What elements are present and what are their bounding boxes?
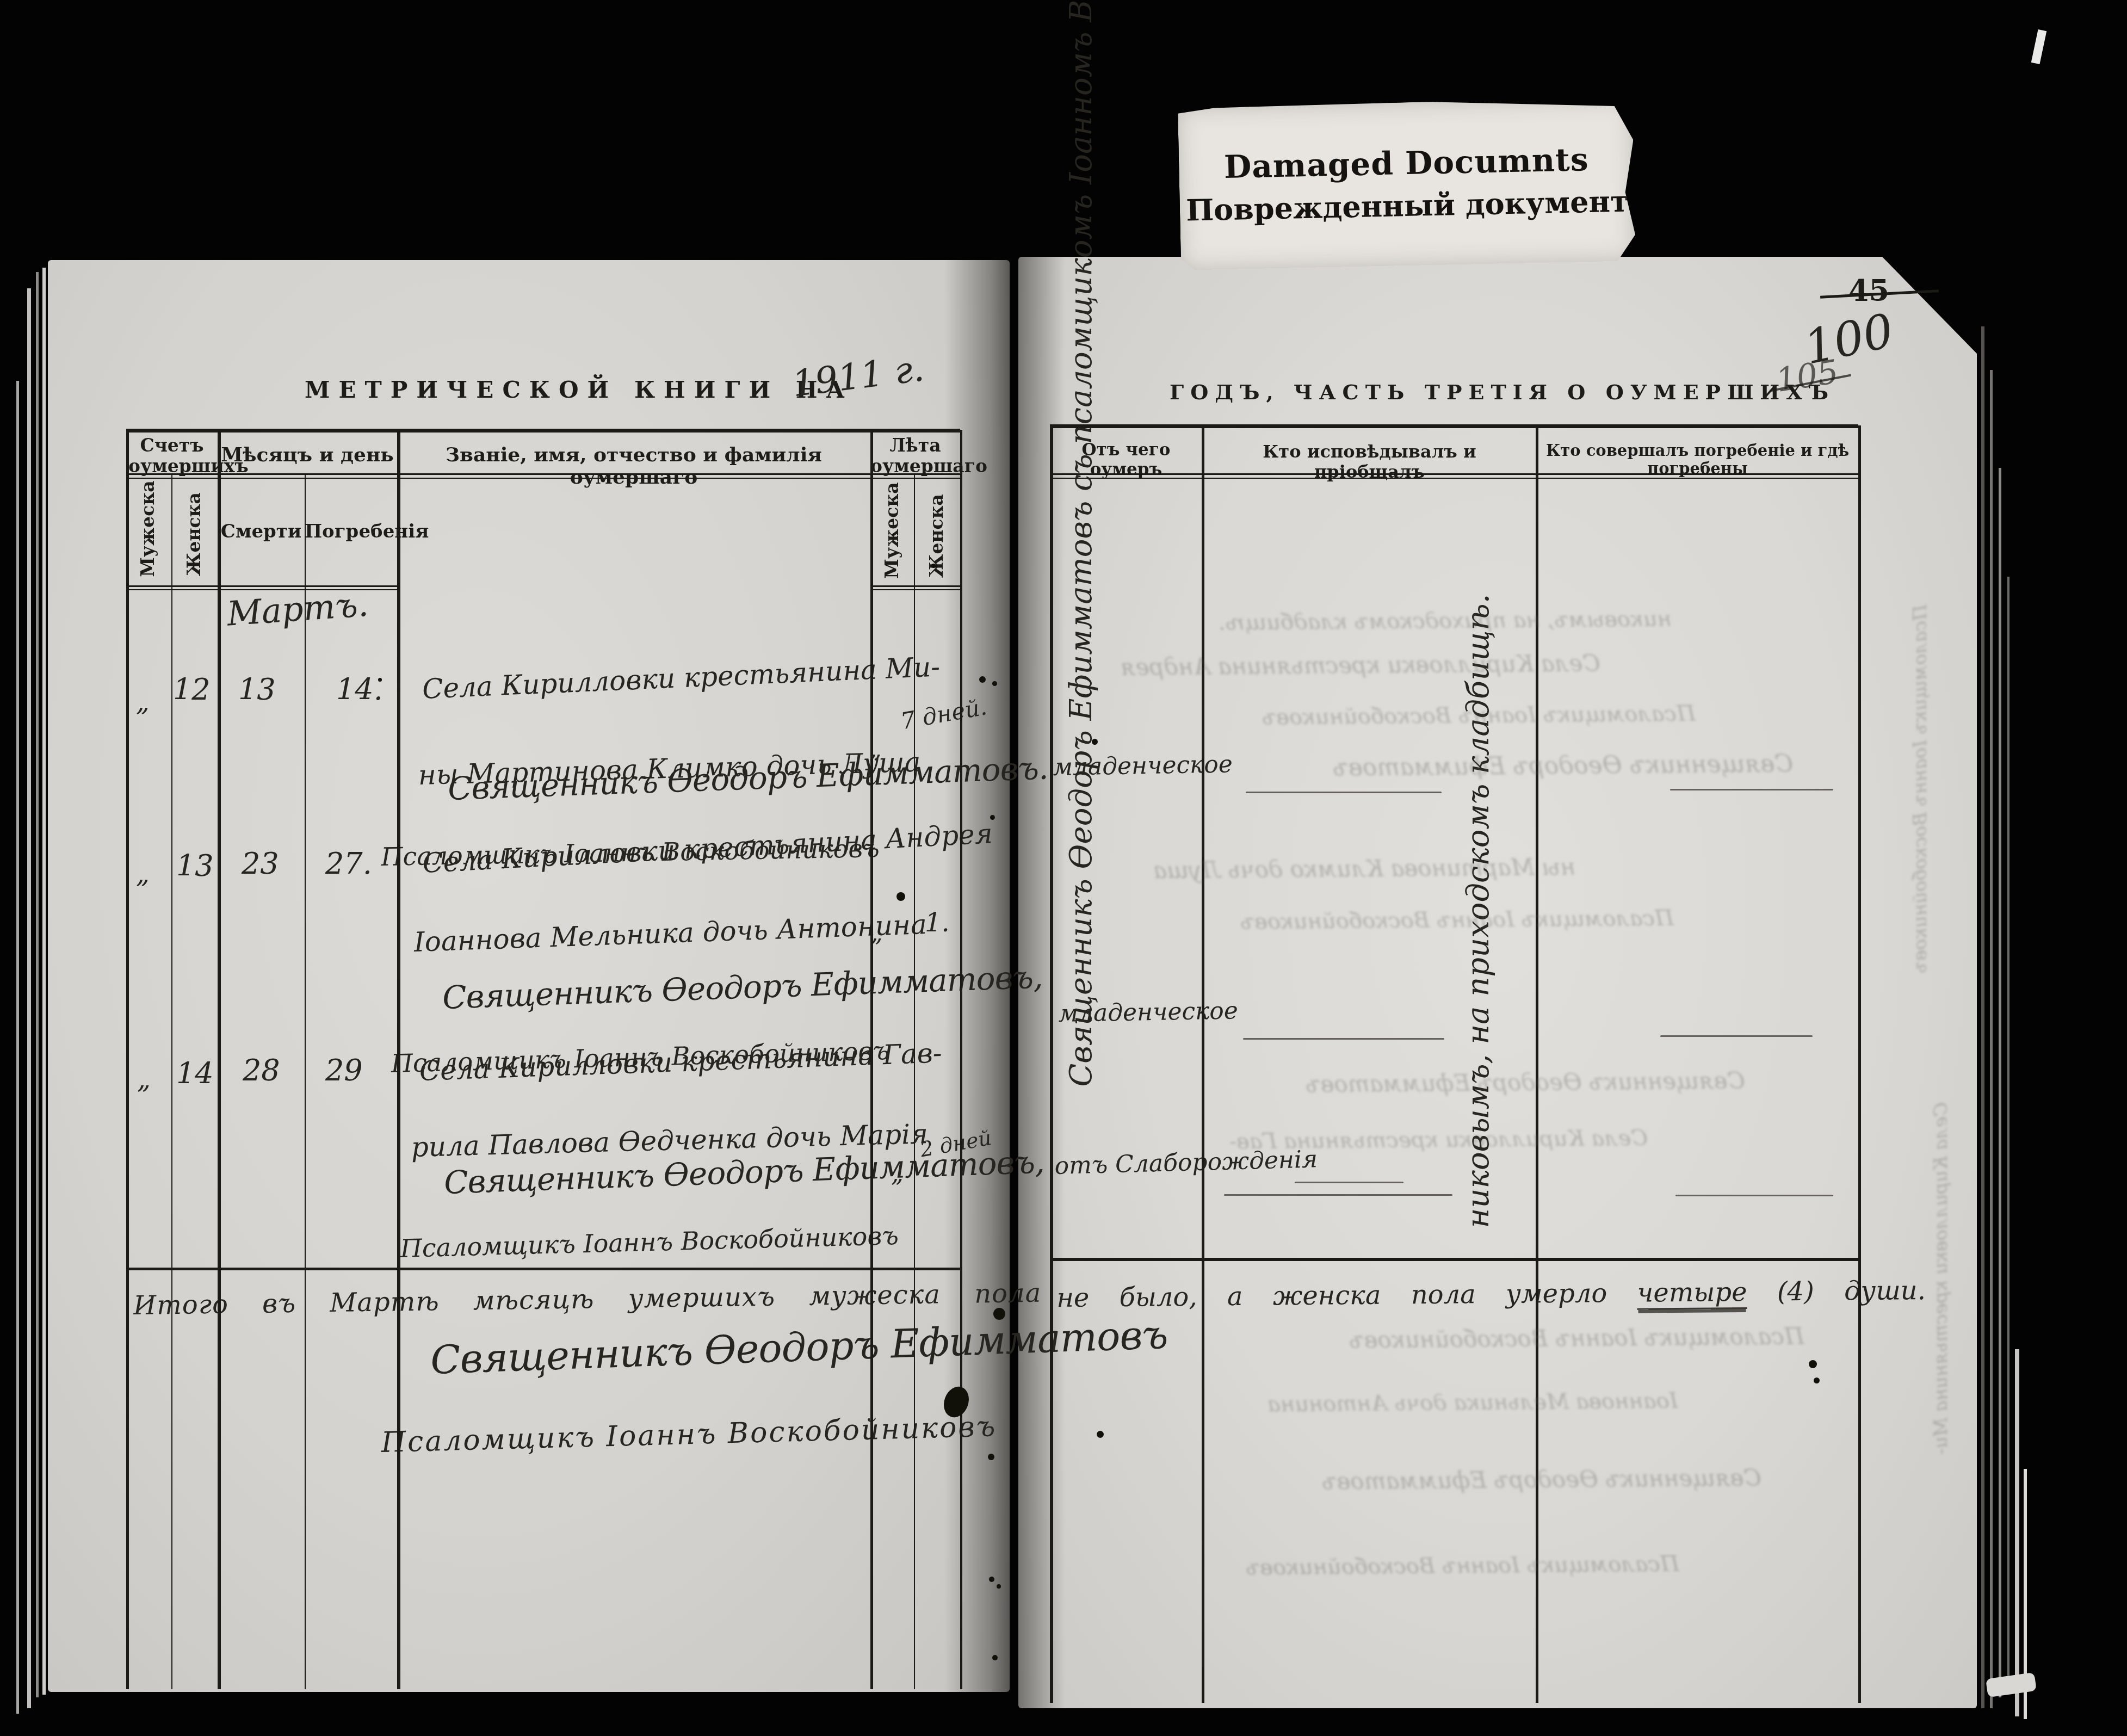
damaged-label: Damaged Documnts Поврежденный документ xyxy=(1178,97,1636,270)
column-header-death: Смерти xyxy=(218,521,305,542)
page-number-printed: 45 xyxy=(1848,273,1889,308)
count-female-cell: 14 xyxy=(176,1057,214,1091)
summary-underlined-word: четыре xyxy=(1637,1277,1747,1310)
death-day-cell: 23 xyxy=(242,847,279,881)
table-rule-horizontal xyxy=(126,589,397,590)
table-rule-horizontal xyxy=(1050,478,1858,479)
ink-blot xyxy=(1092,739,1098,745)
ink-blot xyxy=(993,1308,1005,1320)
death-day-cell: 28 xyxy=(243,1053,280,1088)
column-header-name: Званіе, имя, отчество и фамилія оумершаг… xyxy=(403,444,865,489)
table-rule-horizontal xyxy=(1050,1258,1858,1261)
table-rule-vertical xyxy=(397,430,400,1689)
ink-blot xyxy=(896,892,905,901)
ink-blot xyxy=(1814,1377,1820,1383)
ink-blot xyxy=(997,1584,1001,1589)
table-rule-vertical xyxy=(218,430,221,1689)
ink-blot xyxy=(979,676,986,683)
bleed-through-text: Псаломщикъ Іоаннъ Воскобойниковъ xyxy=(1240,906,1674,935)
column-header-confession: Кто исповѣдывалъ и пріобщалъ xyxy=(1213,442,1526,482)
ink-dash xyxy=(1243,1038,1444,1040)
bleed-through-text: Псаломщикъ Іоаннъ Воскобойниковъ xyxy=(1349,1323,1804,1353)
table-rule-horizontal xyxy=(870,585,960,587)
ink-dash xyxy=(1295,1182,1403,1183)
ink-dash xyxy=(1224,1194,1452,1196)
page-edge-sliver xyxy=(27,288,31,1708)
table-rule-horizontal xyxy=(126,585,397,587)
count-male-cell: „ xyxy=(137,1064,151,1095)
bleed-through-text: Села Кирилловки крестьянина Гав- xyxy=(1229,1126,1648,1154)
page-edge-sliver xyxy=(2015,1349,2019,1716)
burial-note-line1: Священникъ Ѳеодоръ Ефимматовъ съ псаломщ… xyxy=(1063,0,1099,1087)
ink-dash xyxy=(1675,1195,1833,1196)
column-header-burial: Погребенія xyxy=(305,521,397,542)
ink-dash xyxy=(1246,792,1442,793)
count-female-cell: 12 xyxy=(173,672,211,707)
table-rule-horizontal xyxy=(1050,473,1858,475)
table-rule-vertical xyxy=(126,430,129,1689)
age-female-cell: 1. xyxy=(925,907,950,938)
ink-dash xyxy=(1660,1035,1813,1037)
bleed-through-text: Псаломщикъ Іоаннъ Воскобойниковъ xyxy=(1262,701,1696,730)
ink-blot xyxy=(990,815,995,820)
label-title-ru: Поврежденный документ xyxy=(1179,183,1635,227)
ink-blot xyxy=(992,681,997,686)
table-rule-vertical xyxy=(1202,425,1204,1703)
label-title-en: Damaged Documnts xyxy=(1179,140,1634,186)
right-page-header: ГОДЪ, ЧАСТЬ ТРЕТІЯ О ОУМЕРШИХЪ xyxy=(1170,380,1779,404)
bleed-through-text: Священникъ Ѳеодоръ Ефимматовъ xyxy=(1322,1464,1761,1494)
ink-blot xyxy=(1097,1431,1104,1438)
ink-blot xyxy=(992,1655,998,1660)
column-header-age-group: Лѣта оумершаго xyxy=(870,435,960,477)
burial-day-cell: 14. xyxy=(336,672,383,707)
burial-day-cell: 29 xyxy=(325,1053,363,1088)
table-rule-vertical xyxy=(305,474,306,1689)
table-rule-vertical xyxy=(914,474,915,1689)
ink-dash xyxy=(1670,789,1833,790)
bleed-through-text: ны Мартинова Климко дочь Луша xyxy=(1153,854,1576,884)
column-header-month-group: Мѣсяцъ и день xyxy=(218,444,397,466)
table-rule-horizontal xyxy=(126,1268,960,1270)
death-day-cell: 13 xyxy=(238,672,276,707)
table-rule-horizontal xyxy=(870,589,960,590)
ink-blot xyxy=(988,1454,994,1460)
count-female-cell: 13 xyxy=(176,849,214,883)
ink-blot xyxy=(931,564,936,568)
scanned-register-spread: Damaged Documnts Поврежденный документ 4… xyxy=(0,0,2127,1736)
bleed-through-text: Священникъ Ѳеодоръ Ефимматовъ xyxy=(1306,1067,1745,1097)
bleed-through-text: Села Кирилловки крестьянина Ми- xyxy=(1930,1102,1952,1455)
table-rule-vertical xyxy=(1050,425,1053,1703)
table-rule-vertical xyxy=(870,430,873,1689)
table-rule-vertical xyxy=(1858,425,1861,1703)
bleed-through-text: Іоаннова Мельника дочь Антонина xyxy=(1267,1388,1678,1417)
ink-blot xyxy=(1809,1360,1817,1368)
burial-day-cell: 27. xyxy=(325,847,372,881)
table-rule-horizontal xyxy=(126,473,960,475)
page-edge-sliver xyxy=(2007,577,2009,1676)
column-header-count-male: Мужеска xyxy=(138,480,158,577)
column-header-count-group: Счетъ оумершихъ xyxy=(128,435,215,477)
bleed-through-text: никовымъ, на приходскомъ кладбищѣ. xyxy=(1219,606,1672,635)
column-header-count-female: Женска xyxy=(184,492,205,576)
bleed-through-text: Священникъ Ѳеодоръ Ефимматовъ xyxy=(1333,750,1793,781)
column-header-age-female: Женска xyxy=(926,494,947,578)
count-male-cell: „ xyxy=(136,858,150,889)
page-edge-sliver xyxy=(2031,29,2047,64)
ink-blot xyxy=(378,678,382,682)
page-edge-sliver xyxy=(1986,1672,2037,1697)
table-rule-horizontal xyxy=(126,429,960,433)
column-header-age-male: Мужеска xyxy=(882,482,902,578)
page-edge-sliver xyxy=(1999,468,2001,1697)
summary-right-part2: (4) души. xyxy=(1777,1275,1926,1307)
bleed-through-text: Псаломщикъ Іоаннъ Воскобойниковъ xyxy=(1909,604,1931,973)
bleed-through-text: Села Кирилловки крестьянина Андрея xyxy=(1121,650,1600,681)
ink-blot xyxy=(989,1577,994,1582)
page-edge-sliver xyxy=(16,381,19,1714)
table-rule-vertical xyxy=(960,430,962,1689)
count-male-cell: „ xyxy=(136,687,150,717)
page-edge-sliver xyxy=(1990,370,1993,1708)
left-page-header: МЕТРИЧЕСКОЙ КНИГИ НА xyxy=(305,376,772,403)
table-rule-horizontal xyxy=(1050,424,1858,428)
bleed-through-text: Псаломщикъ Іоаннъ Воскобойниковъ xyxy=(1246,1552,1679,1580)
summary-right-part1: не было, а женска пола умерло xyxy=(1056,1278,1607,1313)
table-rule-vertical xyxy=(171,474,172,1689)
table-rule-horizontal xyxy=(126,478,960,479)
page-edge-sliver xyxy=(1981,326,1984,1708)
page-edge-sliver xyxy=(42,268,46,1695)
column-header-burial-who: Кто совершалъ погребеніе и гдѣ погребены xyxy=(1544,442,1851,478)
page-edge-sliver xyxy=(36,272,39,1697)
